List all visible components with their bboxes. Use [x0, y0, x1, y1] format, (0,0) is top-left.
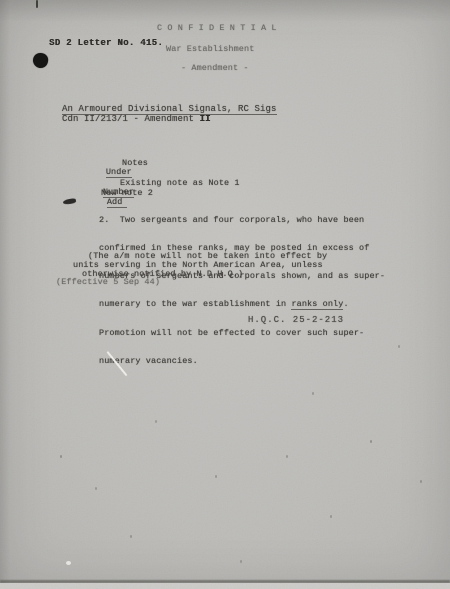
number-value: Existing note as Note 1 [120, 179, 240, 188]
speckle-marks [0, 0, 2, 3]
top-edge-tick-mark [36, 0, 38, 8]
reference-line: Cdn II/213/1 - Amendment II [40, 106, 211, 134]
hole-punch-mark [32, 52, 50, 70]
under-value: Notes [122, 159, 148, 168]
scan-page: C O N F I D E N T I A L SD 2 Letter No. … [0, 0, 450, 589]
note2-paragraph: 2. Two sergeants and four corporals, who… [99, 197, 385, 385]
note2-line: numerary to the war establishment in ran… [99, 300, 385, 309]
effective-date: (Effective 5 Sep 44) [56, 278, 160, 287]
letter-number: SD 2 Letter No. 415. [49, 39, 163, 48]
reference-text: Cdn II/213/1 - Amendment [62, 114, 200, 124]
file-reference: H.Q.C. 25-2-213 [248, 316, 344, 325]
ranks-only-underline: ranks only [291, 299, 343, 310]
white-speck-mark [66, 561, 71, 565]
ink-smudge-mark [63, 198, 77, 205]
note2-line: Promotion will not be effected to cover … [99, 329, 385, 338]
reference-amendment-number: II [200, 114, 211, 124]
classification-header: C O N F I D E N T I A L [157, 24, 277, 33]
note2-line: 2. Two sergeants and four corporals, who… [99, 216, 385, 225]
top-edge-shadow [0, 0, 450, 22]
left-edge-shadow [0, 0, 10, 589]
doc-type-title: War Establishment [166, 45, 254, 54]
note2-line: numerary vacancies. [99, 357, 385, 366]
amendment-subtitle: - Amendment - [181, 64, 249, 73]
bottom-scan-edge [0, 583, 450, 589]
